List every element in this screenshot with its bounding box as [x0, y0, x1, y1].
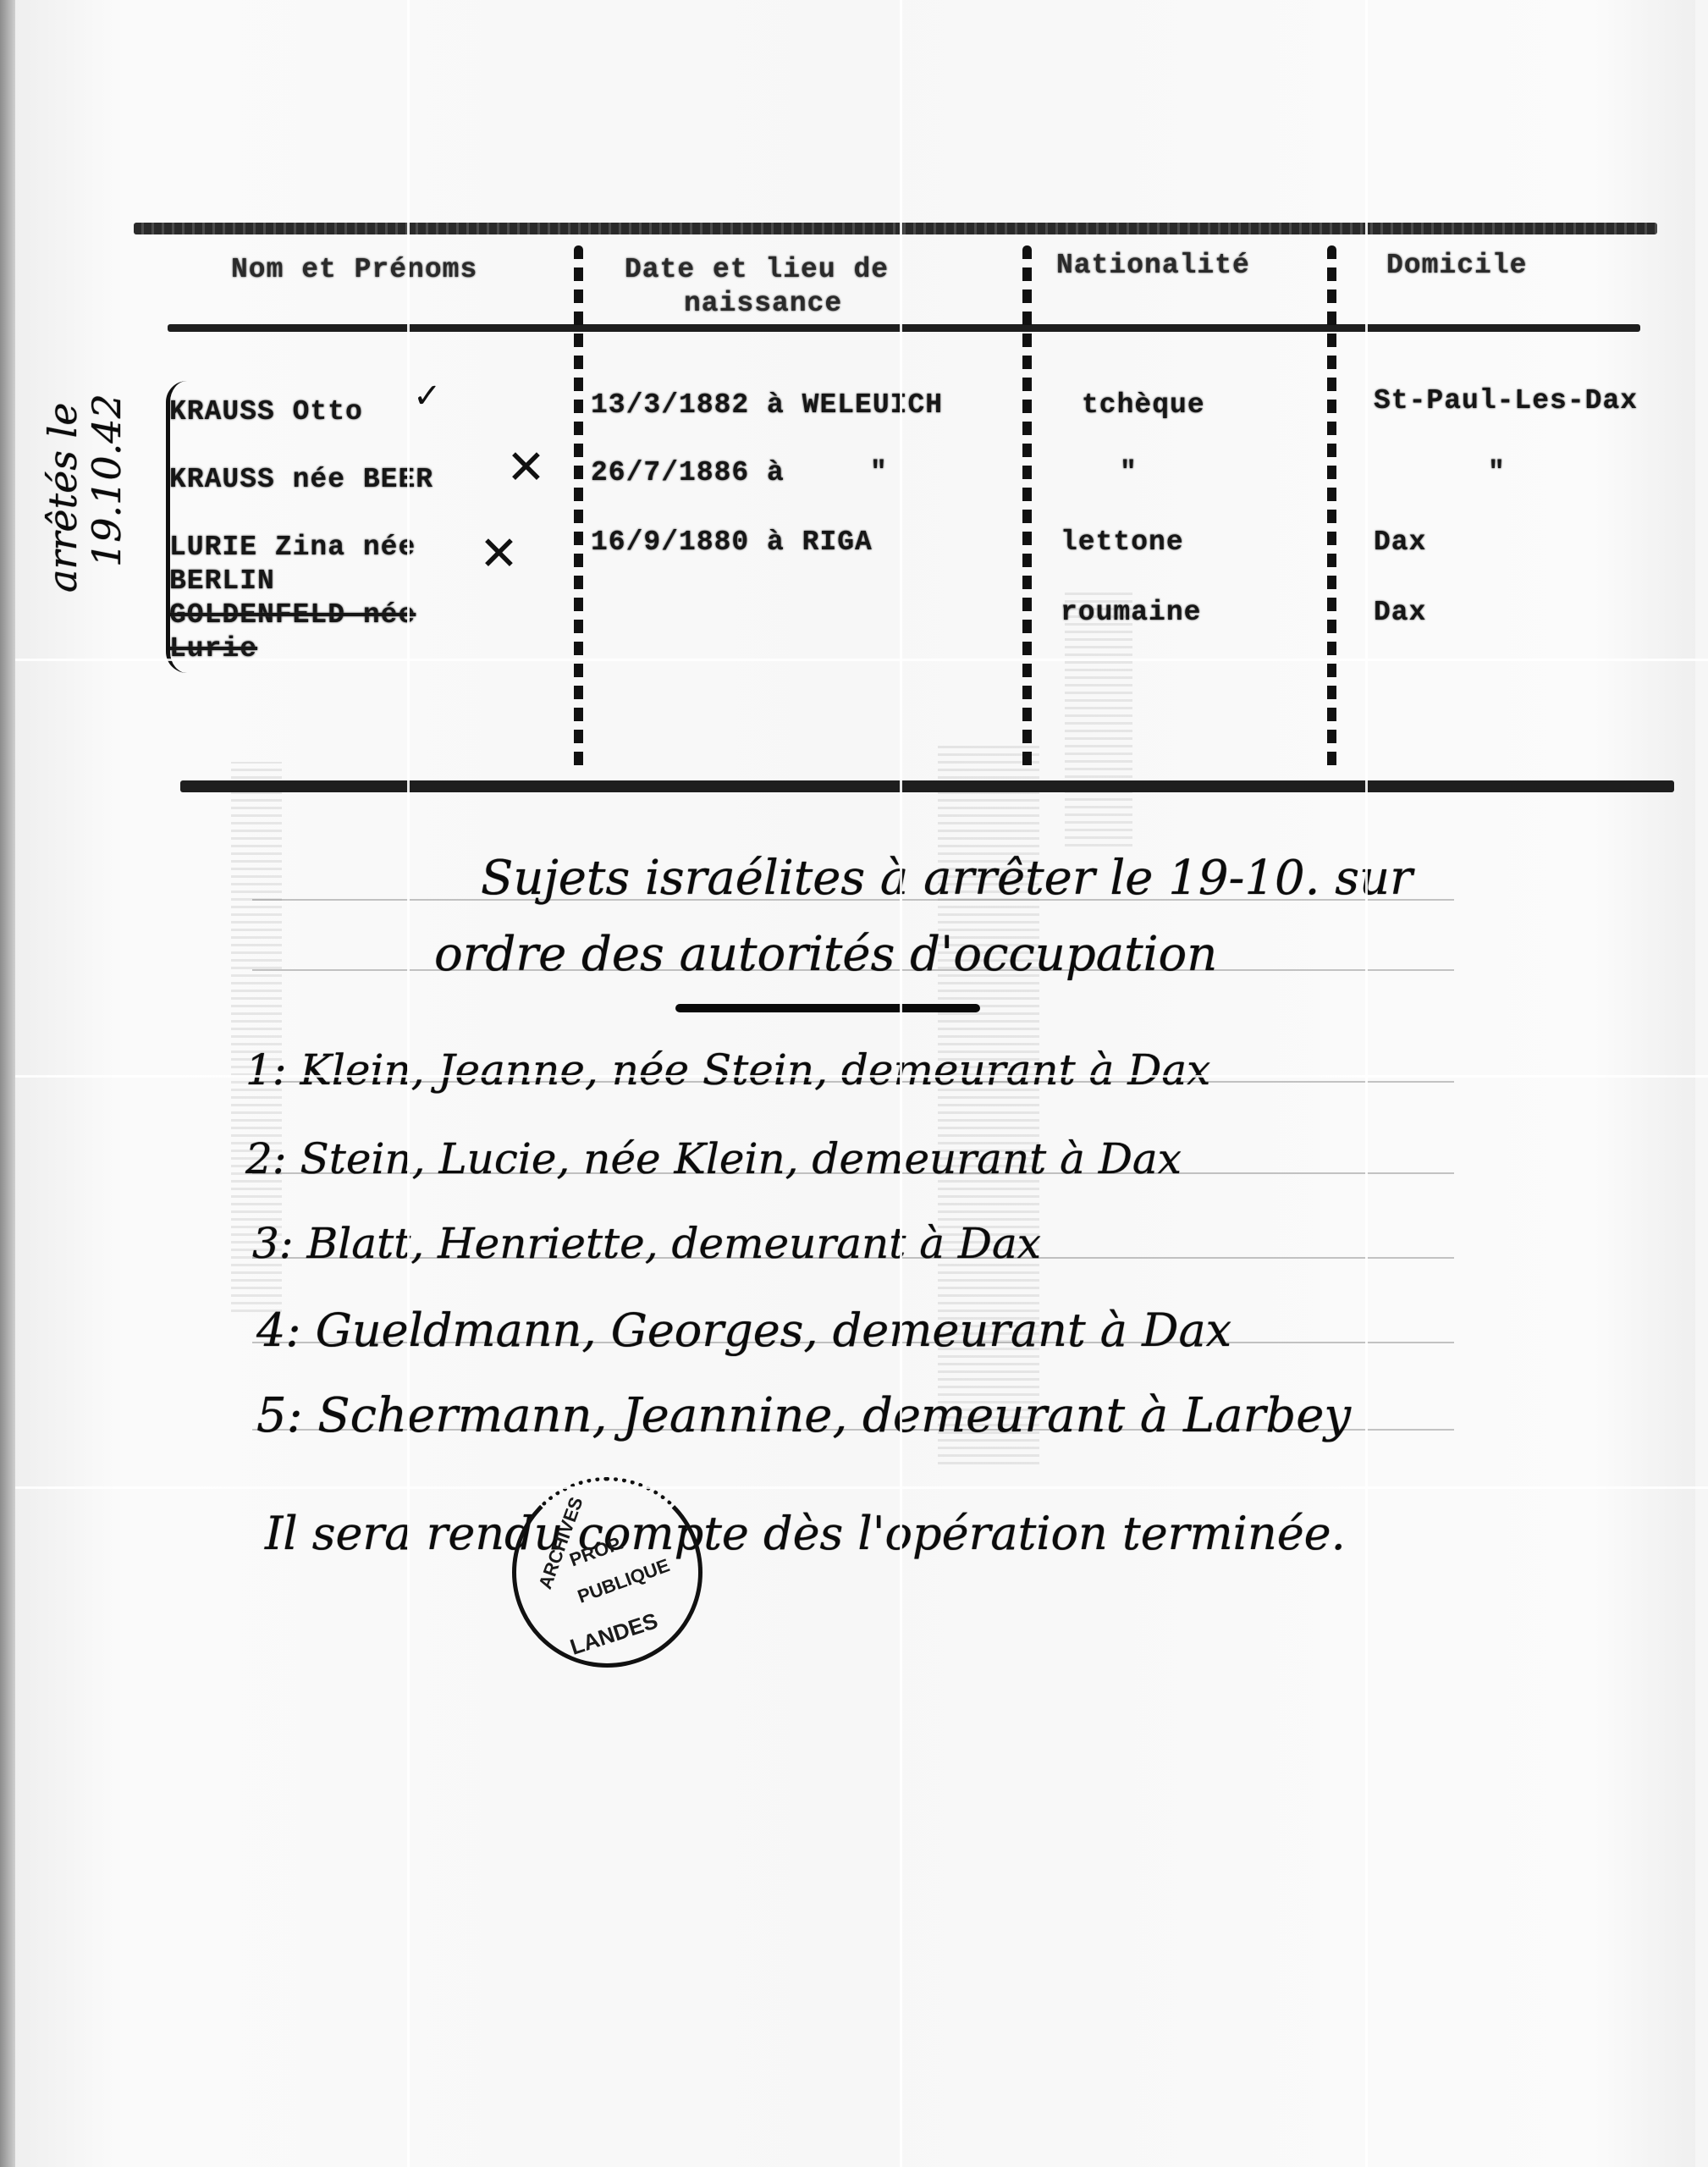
fold-line	[1365, 0, 1368, 2167]
list-item-3: 3: Blatt, Henriette, demeurant à Dax	[252, 1219, 1041, 1268]
header-birth-line1: Date et lieu de	[625, 254, 889, 285]
column-separator	[1327, 245, 1336, 770]
copy-streak	[1065, 593, 1132, 846]
fold-line	[900, 0, 902, 2167]
row2-nationality: "	[1120, 457, 1138, 488]
row1-domicile: St-Paul-Les-Dax	[1374, 385, 1638, 416]
check-mark-icon: ✓	[413, 377, 442, 416]
row1-name: KRAUSS Otto	[169, 396, 363, 427]
scan-left-edge	[0, 0, 15, 2167]
row4-nationality: roumaine	[1061, 597, 1201, 628]
margin-note-line1: arrêtés le	[41, 403, 85, 593]
row3-nationality: lettone	[1061, 527, 1184, 558]
column-separator	[574, 245, 583, 770]
row4-domicile: Dax	[1374, 597, 1426, 628]
row2-name: KRAUSS née BEER	[169, 464, 433, 495]
column-separator	[1022, 245, 1032, 770]
table-top-rule	[134, 223, 1657, 234]
row3-birth: 16/9/1880 à RIGA	[591, 527, 873, 558]
fold-line	[15, 1075, 1708, 1078]
document-page: Nom et Prénoms Date et lieu de naissance…	[15, 0, 1695, 2167]
list-item-1: 1: Klein, Jeanne, née Stein, demeurant à…	[245, 1045, 1210, 1095]
header-domicile: Domicile	[1386, 250, 1527, 281]
title-underline	[675, 1004, 980, 1012]
fold-line	[407, 0, 410, 2167]
margin-note-line2: 19.10.42	[85, 378, 129, 568]
stamp-arc-text: ARCHIVES	[534, 1494, 587, 1592]
list-item-2: 2: Stein, Lucie, née Klein, demeurant à …	[245, 1134, 1182, 1183]
row3-name: LURIE Zina née	[169, 532, 416, 563]
row2-birth-ditto: "	[870, 457, 888, 488]
margin-note: arrêtés le 19.10.42	[41, 403, 129, 593]
handwritten-title-line2: ordre des autorités d'occupation	[434, 927, 1217, 982]
stamp-center-line1: PROP.	[567, 1532, 627, 1572]
row2-birth: 26/7/1886 à	[591, 457, 785, 488]
table-bottom-rule	[180, 780, 1674, 792]
header-name: Nom et Prénoms	[231, 254, 477, 285]
row1-birth: 13/3/1882 à WELEUICH	[591, 389, 943, 421]
archive-stamp: ARCHIVES PROP. PUBLIQUE LANDES	[512, 1477, 702, 1668]
cross-mark-icon: ✕	[506, 440, 546, 495]
grouping-brace	[166, 381, 187, 673]
header-nationality: Nationalité	[1056, 250, 1250, 281]
row3-domicile: Dax	[1374, 527, 1426, 558]
stamp-bottom-text: LANDES	[567, 1607, 661, 1661]
list-item-4: 4: Gueldmann, Georges, demeurant à Dax	[256, 1304, 1231, 1357]
handwritten-closing: Il sera rendu compte dès l'opération ter…	[265, 1507, 1346, 1560]
row4-name: GOLDENFELD née	[169, 599, 416, 631]
handwritten-title-line1: Sujets israélites à arrêter le 19-10. su…	[481, 851, 1413, 906]
table-header-rule	[168, 324, 1640, 332]
row2-domicile: "	[1488, 457, 1506, 488]
fold-line	[15, 659, 1708, 661]
list-item-5: 5: Schermann, Jeannine, demeurant à Larb…	[256, 1388, 1351, 1443]
fold-line	[15, 1486, 1708, 1489]
cross-mark-icon: ✕	[479, 527, 519, 582]
row1-nationality: tchèque	[1082, 389, 1205, 421]
header-birth-line2: naissance	[684, 288, 842, 319]
